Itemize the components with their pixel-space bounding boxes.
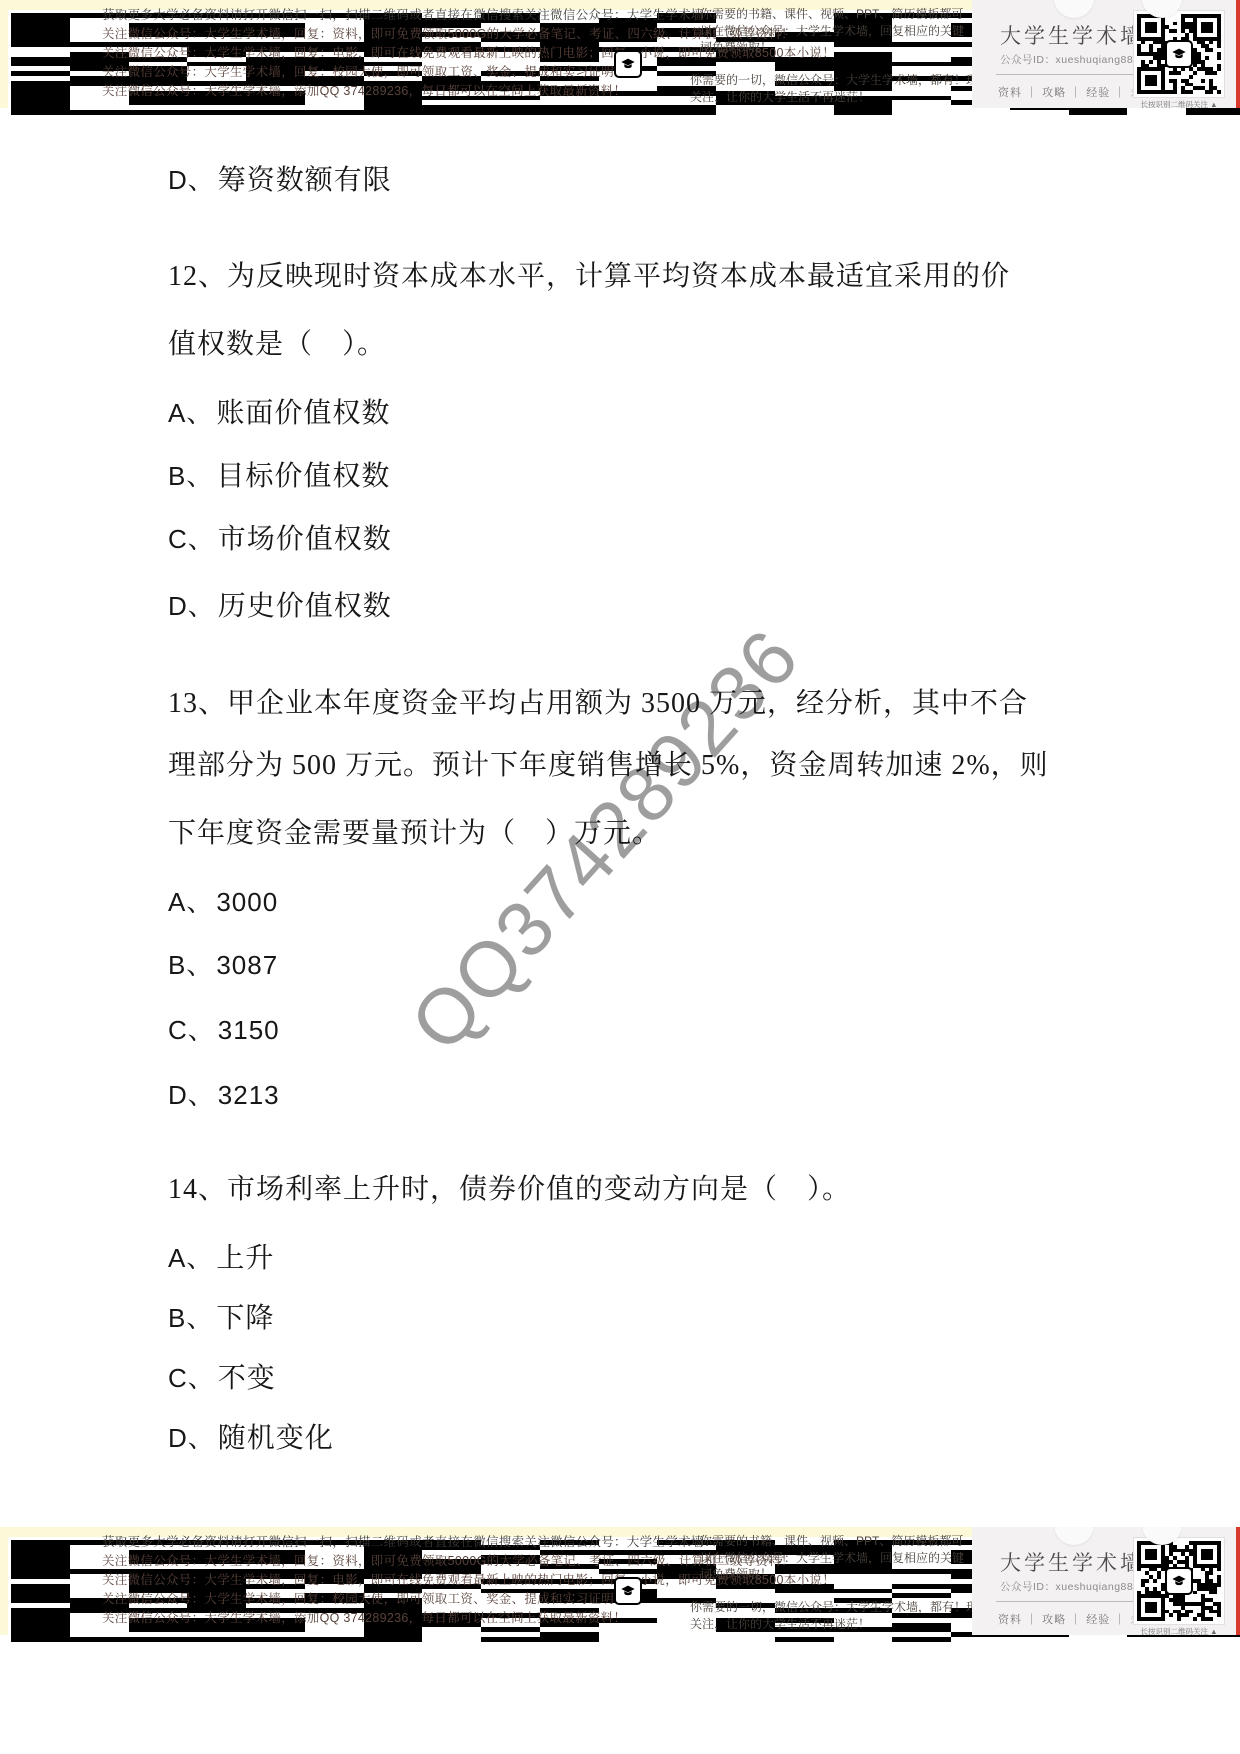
option-label: C、 xyxy=(168,1363,215,1393)
option-row: A、账面价值权数 xyxy=(168,396,390,431)
option-text: 3000 xyxy=(216,887,278,917)
option-text: 3087 xyxy=(216,950,278,980)
option-row: B、3087 xyxy=(168,948,278,983)
option-label: B、 xyxy=(168,461,213,491)
option-label: D、 xyxy=(168,591,215,621)
option-text: 市场价值权数 xyxy=(218,524,392,555)
option-text: 目标价值权数 xyxy=(216,461,390,492)
option-row: C、3150 xyxy=(168,1013,280,1048)
option-label: B、 xyxy=(168,950,213,980)
option-text: 账面价值权数 xyxy=(216,398,390,429)
option-text: 下降 xyxy=(216,1303,274,1334)
document-page: 获取更多大学必备资料请打开微信扫一扫，扫描二维码或者直接在微信搜索关注微信公众号… xyxy=(0,0,1240,1754)
option-label: D、 xyxy=(168,165,215,195)
question-line: 值权数是（ ）。 xyxy=(168,328,386,362)
option-row: D、随机变化 xyxy=(168,1421,334,1456)
option-row: A、上升 xyxy=(168,1241,274,1276)
option-text: 上升 xyxy=(216,1243,274,1274)
option-row: D、3213 xyxy=(168,1078,280,1113)
question-line: 12、为反映现时资本成本水平，计算平均资本成本最适宜采用的价 xyxy=(168,260,1010,294)
option-text: 3213 xyxy=(218,1080,280,1110)
option-label: C、 xyxy=(168,524,215,554)
option-row: C、市场价值权数 xyxy=(168,522,392,557)
question-line: 理部分为 500 万元。预计下年度销售增长 5%，资金周转加速 2%，则 xyxy=(168,749,1049,783)
option-label: D、 xyxy=(168,1080,215,1110)
option-label: A、 xyxy=(168,1243,213,1273)
question-line: 13、甲企业本年度资金平均占用额为 3500 万元，经分析，其中不合 xyxy=(168,687,1028,721)
question-line: 下年度资金需要量预计为（ ）万元。 xyxy=(168,817,661,851)
option-label: A、 xyxy=(168,887,213,917)
option-row: A、3000 xyxy=(168,885,278,920)
option-label: A、 xyxy=(168,398,213,428)
question-line: 14、市场利率上升时，债券价值的变动方向是（ ）。 xyxy=(168,1173,851,1207)
option-text: 随机变化 xyxy=(218,1423,334,1454)
option-row: D、筹资数额有限 xyxy=(168,163,392,198)
option-row: C、不变 xyxy=(168,1361,276,1396)
option-text: 3150 xyxy=(218,1015,280,1045)
option-label: B、 xyxy=(168,1303,213,1333)
option-label: C、 xyxy=(168,1015,215,1045)
option-text: 筹资数额有限 xyxy=(218,165,392,196)
option-label: D、 xyxy=(168,1423,215,1453)
option-row: B、下降 xyxy=(168,1301,274,1336)
option-text: 历史价值权数 xyxy=(218,591,392,622)
exam-content: D、筹资数额有限 12、为反映现时资本成本水平，计算平均资本成本最适宜采用的价 … xyxy=(0,0,1240,1754)
option-row: D、历史价值权数 xyxy=(168,589,392,624)
option-row: B、目标价值权数 xyxy=(168,459,390,494)
option-text: 不变 xyxy=(218,1363,276,1394)
graduation-cap-icon xyxy=(614,1577,642,1605)
graduation-cap-icon xyxy=(1165,1567,1193,1595)
